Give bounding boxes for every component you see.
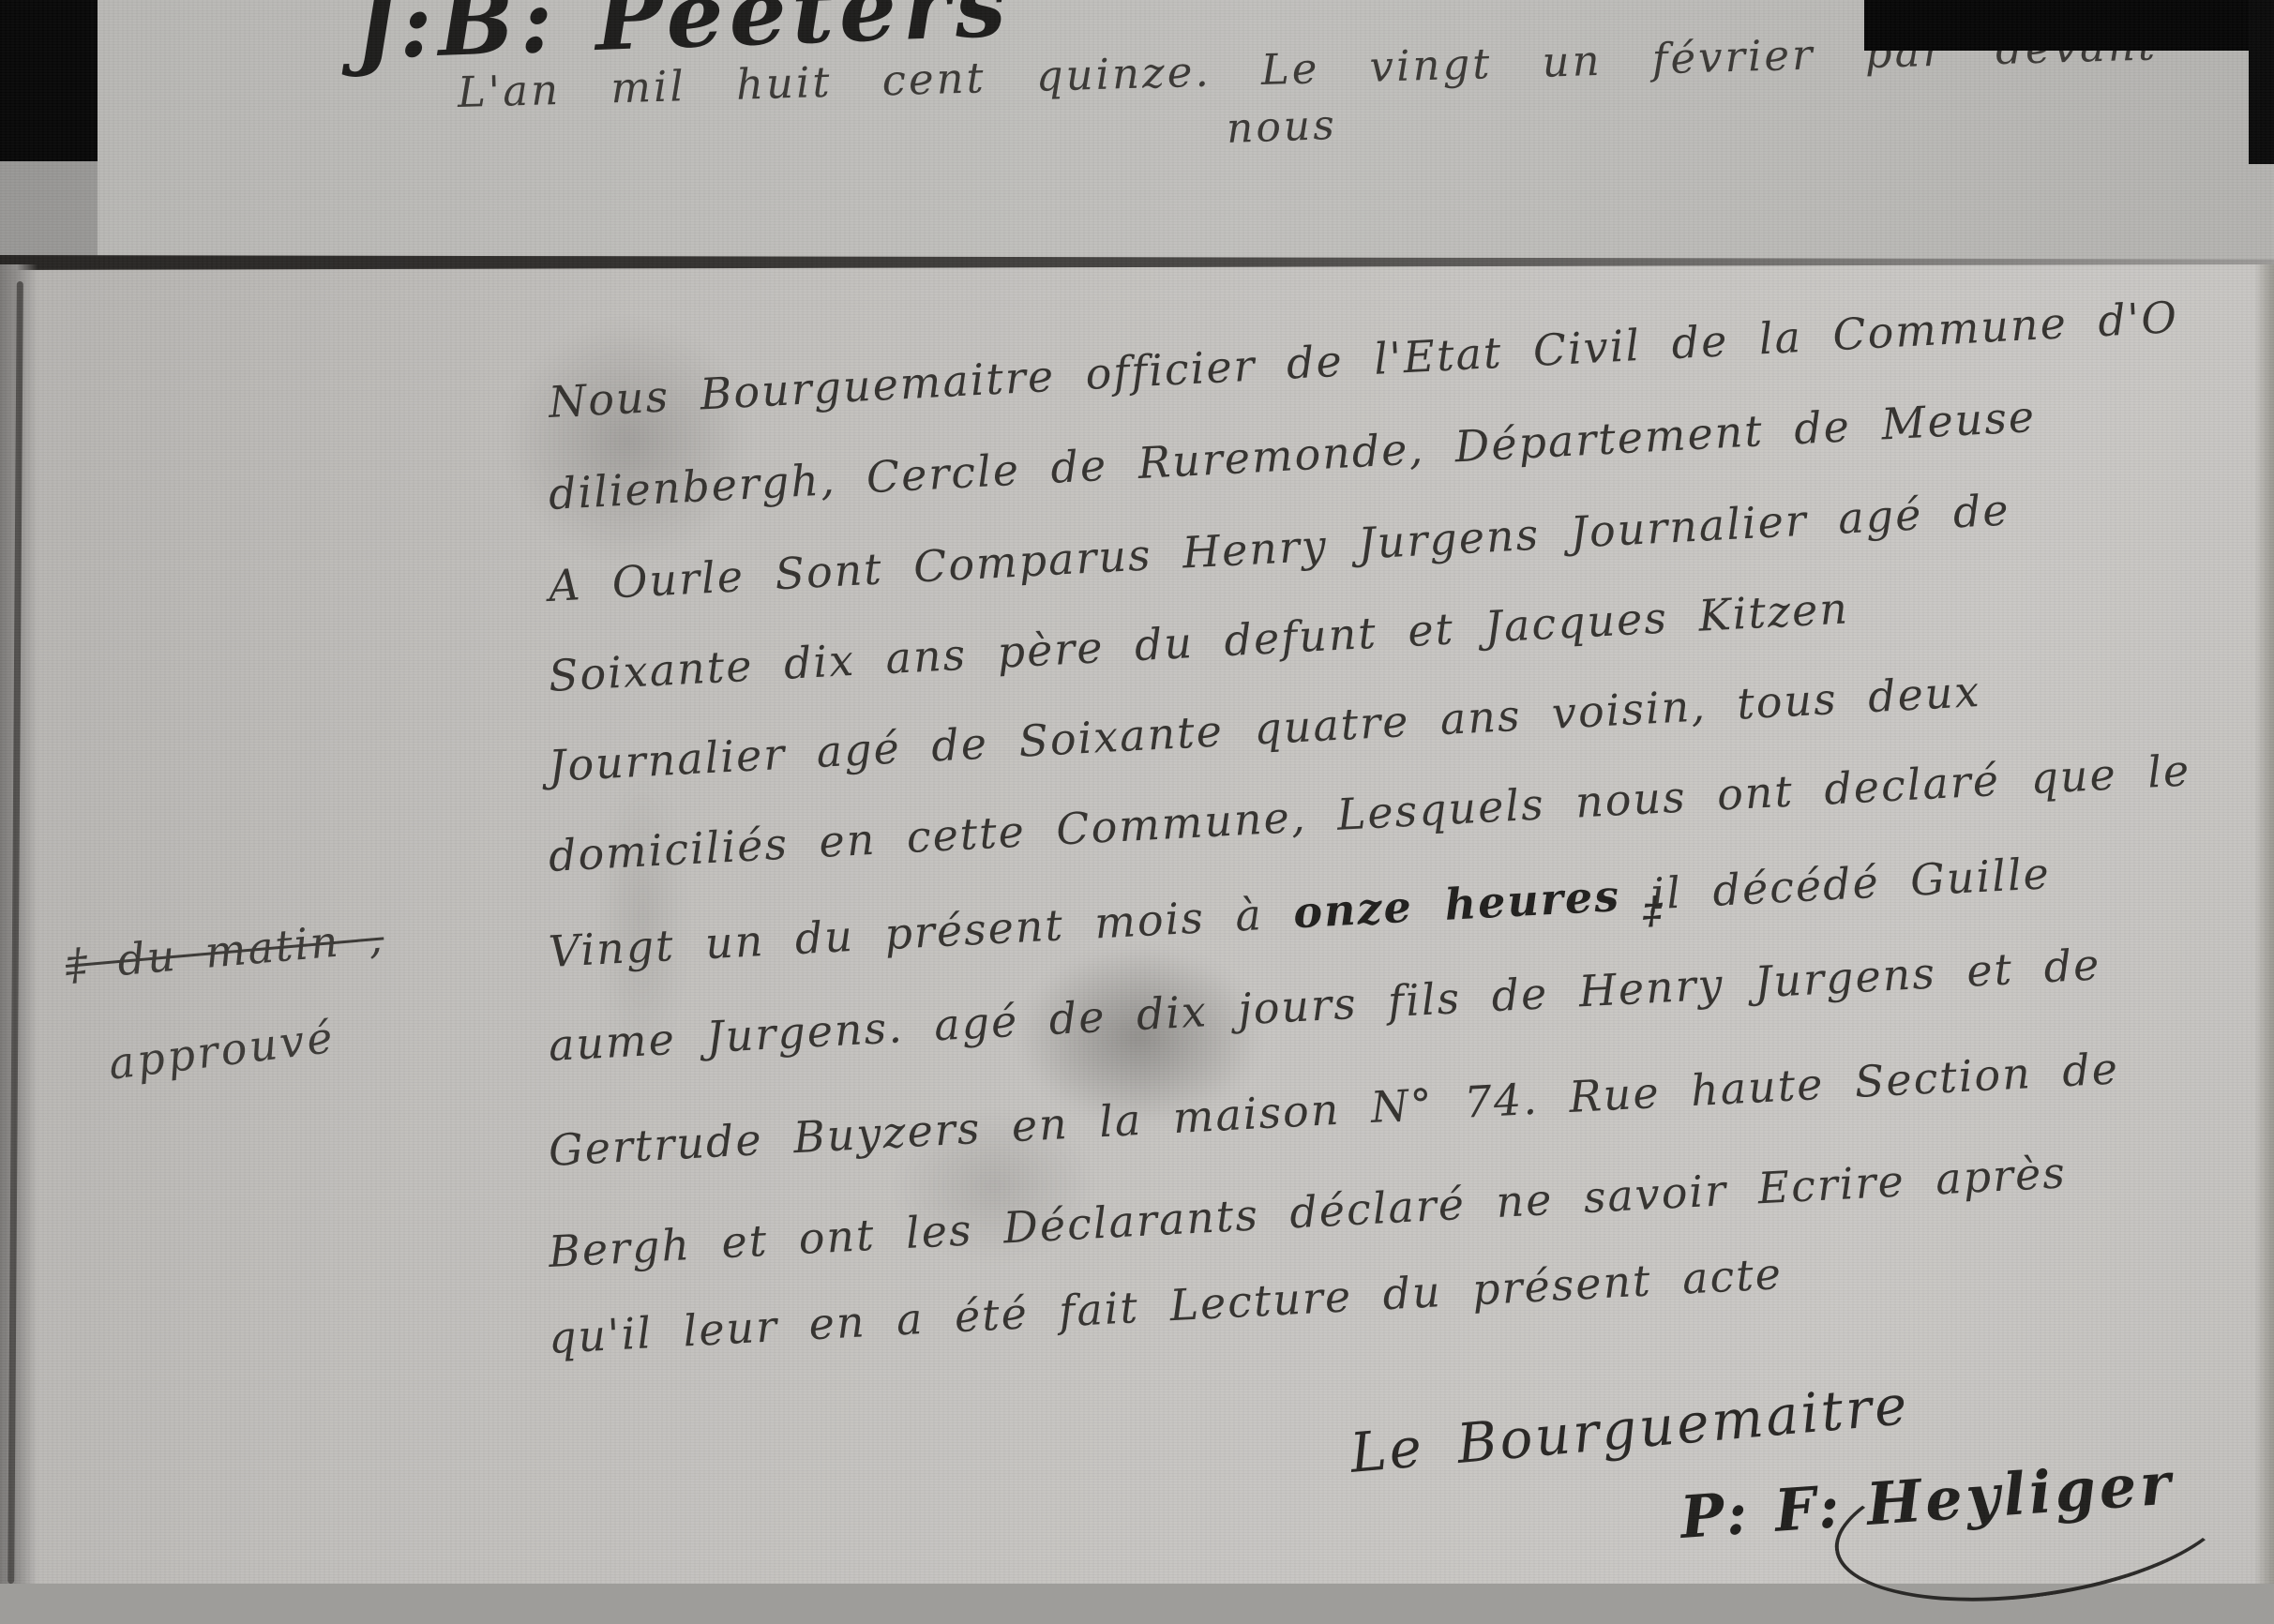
date-line-wrap: nous: [1226, 101, 1337, 153]
insertion-mark: ‡: [1642, 888, 1664, 933]
scan-gray-gap: [0, 161, 98, 264]
document-scan: J:B: Peeters L'an mil huit cent quinze. …: [0, 0, 2274, 1584]
page-right-edge: [2254, 264, 2274, 1584]
ink-smudge: [506, 319, 750, 563]
scan-black-right-strip: [2249, 0, 2274, 164]
scan-black-corner-left: [0, 0, 98, 161]
scan-black-corner-right: [1864, 0, 2274, 51]
